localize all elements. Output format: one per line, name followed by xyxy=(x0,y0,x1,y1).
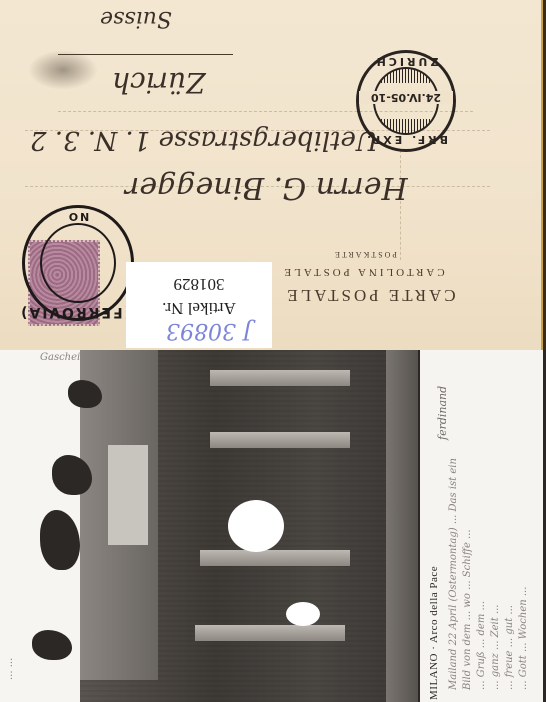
arch-column xyxy=(210,432,350,448)
divider-line xyxy=(400,150,401,260)
postmark-milano-icon: NO (FERROVIA) xyxy=(22,205,134,321)
arch-column xyxy=(195,625,345,641)
arch-column xyxy=(210,370,350,386)
arch-inscription xyxy=(108,445,148,545)
postmark-bottom-text: ZURICH xyxy=(359,55,453,68)
postmark-top-text: BRF. EXP. xyxy=(359,133,453,146)
article-number: 301829 xyxy=(126,274,272,294)
printed-title: CARTE POSTALE xyxy=(275,285,465,305)
article-label-title: Artikel Nr. xyxy=(126,298,272,318)
ink-smudge xyxy=(28,50,98,90)
postmark-date: 24.IV.05-10 xyxy=(359,91,453,104)
postmark-bottom-text: NO xyxy=(25,210,131,223)
article-label: Artikel Nr. 301829 J 30893 xyxy=(126,262,272,348)
horse-statue-icon xyxy=(32,630,72,660)
printed-subtitle: CARTOLINA POSTALE xyxy=(268,266,458,278)
photo-caption: MILANO · Arco della Pace xyxy=(428,500,440,700)
printed-subtitle-de: POSTKARTE xyxy=(310,250,420,259)
horse-statue-icon xyxy=(40,510,80,570)
handwriting-country: Suisse xyxy=(100,6,172,31)
handwriting-signature: ferdinand xyxy=(436,386,449,440)
arch-opening xyxy=(286,602,320,626)
postmark-zurich-icon: ZURICH 24.IV.05-10 BRF. EXP. xyxy=(356,50,456,152)
handwriting-top-note: Gascheit xyxy=(40,352,84,363)
handwriting-line: ... Gott ... Wochen ... xyxy=(518,587,529,690)
handwriting-street: Uetlibergstrasse 1. N. 3. 2 xyxy=(30,125,378,155)
arch-photograph: Gascheit ... ... xyxy=(0,350,418,702)
handwriting-line: ... ganz ... Zeit ... xyxy=(490,605,501,690)
arch-column xyxy=(200,550,350,566)
handwriting-line: ... Gruß ... dem ... xyxy=(476,601,487,690)
handwriting-left-margin: ... ... xyxy=(4,658,15,680)
postmark-top-text: (FERROVIA) xyxy=(25,304,131,320)
postcard-back: Suisse Zürich Uetlibergstrasse 1. N. 3. … xyxy=(0,0,546,350)
handwriting-city: Zürich xyxy=(112,66,206,99)
postcard-front: Gascheit ... ... MILANO · Arco della Pac… xyxy=(0,350,546,702)
handwriting-line: ... freue ... gut ... xyxy=(504,605,515,690)
handwriting-line: Mailand 22 April (Ostermontag) ... Das i… xyxy=(448,458,459,690)
postmark-inner-ring xyxy=(40,223,116,303)
handwriting-recipient: Herrn G. Binegger xyxy=(125,170,408,205)
pen-note: J 30893 xyxy=(166,318,252,343)
handwriting-line: Bild von dem ... wo ... Schiffe ... xyxy=(462,529,473,690)
arch-opening xyxy=(228,500,284,552)
arch-base xyxy=(386,350,418,702)
address-rule xyxy=(58,54,233,55)
